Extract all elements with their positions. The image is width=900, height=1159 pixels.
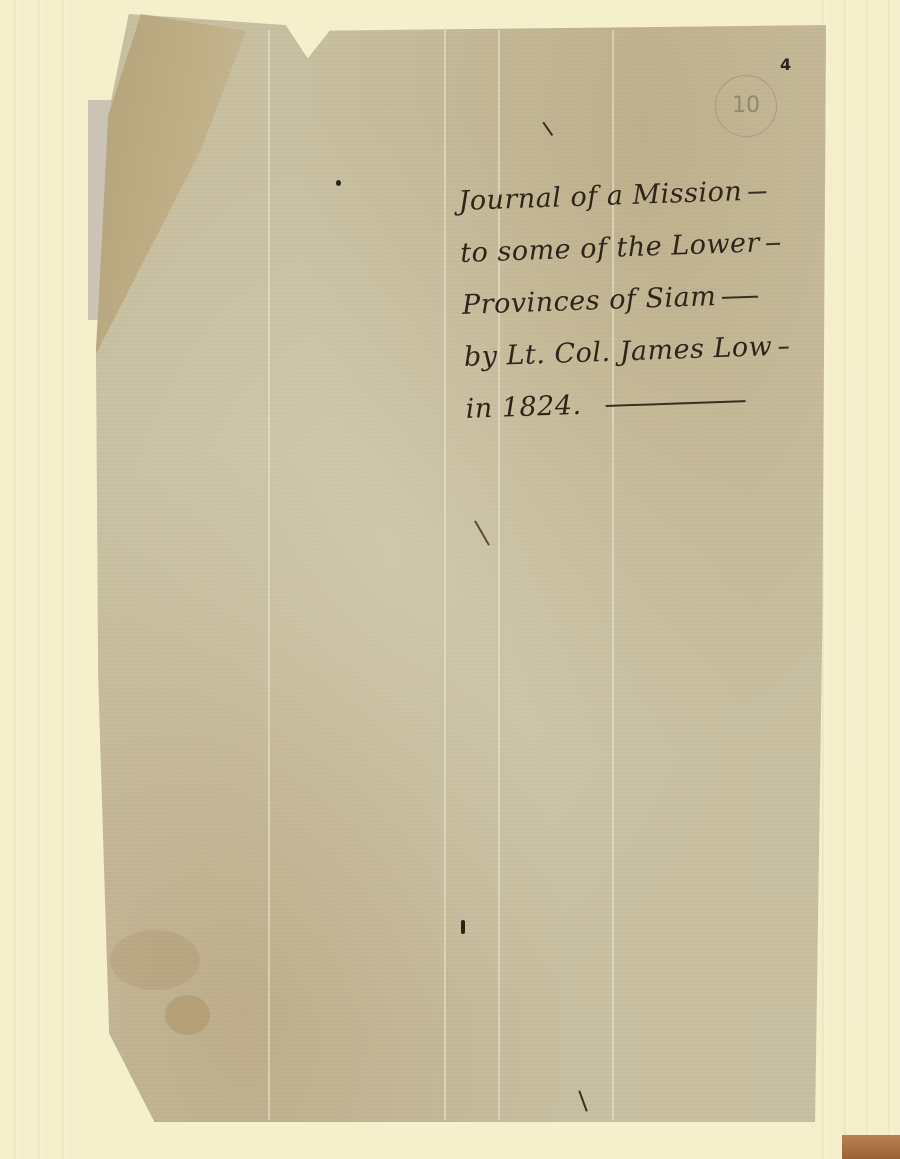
pen-flourish [606,400,746,407]
pen-flourish [766,242,780,244]
fold-crease [268,30,270,1120]
title-text: to some of the Lower [460,228,761,269]
title-text: in 1824. [465,390,582,425]
fold-crease [444,30,446,1120]
title-text: Provinces of Siam [462,281,717,321]
water-stain [110,930,200,990]
pen-flourish [722,295,758,298]
manuscript-title: Journal of a Mission to some of the Lowe… [458,164,807,436]
corner-ink-mark: 4 [780,55,791,74]
water-stain [165,995,210,1035]
pen-flourish [748,191,766,194]
title-text: by Lt. Col. James Low [463,331,772,373]
pen-flourish [778,346,788,348]
ink-spot [336,180,341,186]
ink-spot [461,920,465,934]
title-text: Journal of a Mission [458,176,743,217]
wooden-surface [842,1135,900,1159]
pencil-folio-number: 10 [715,75,777,137]
